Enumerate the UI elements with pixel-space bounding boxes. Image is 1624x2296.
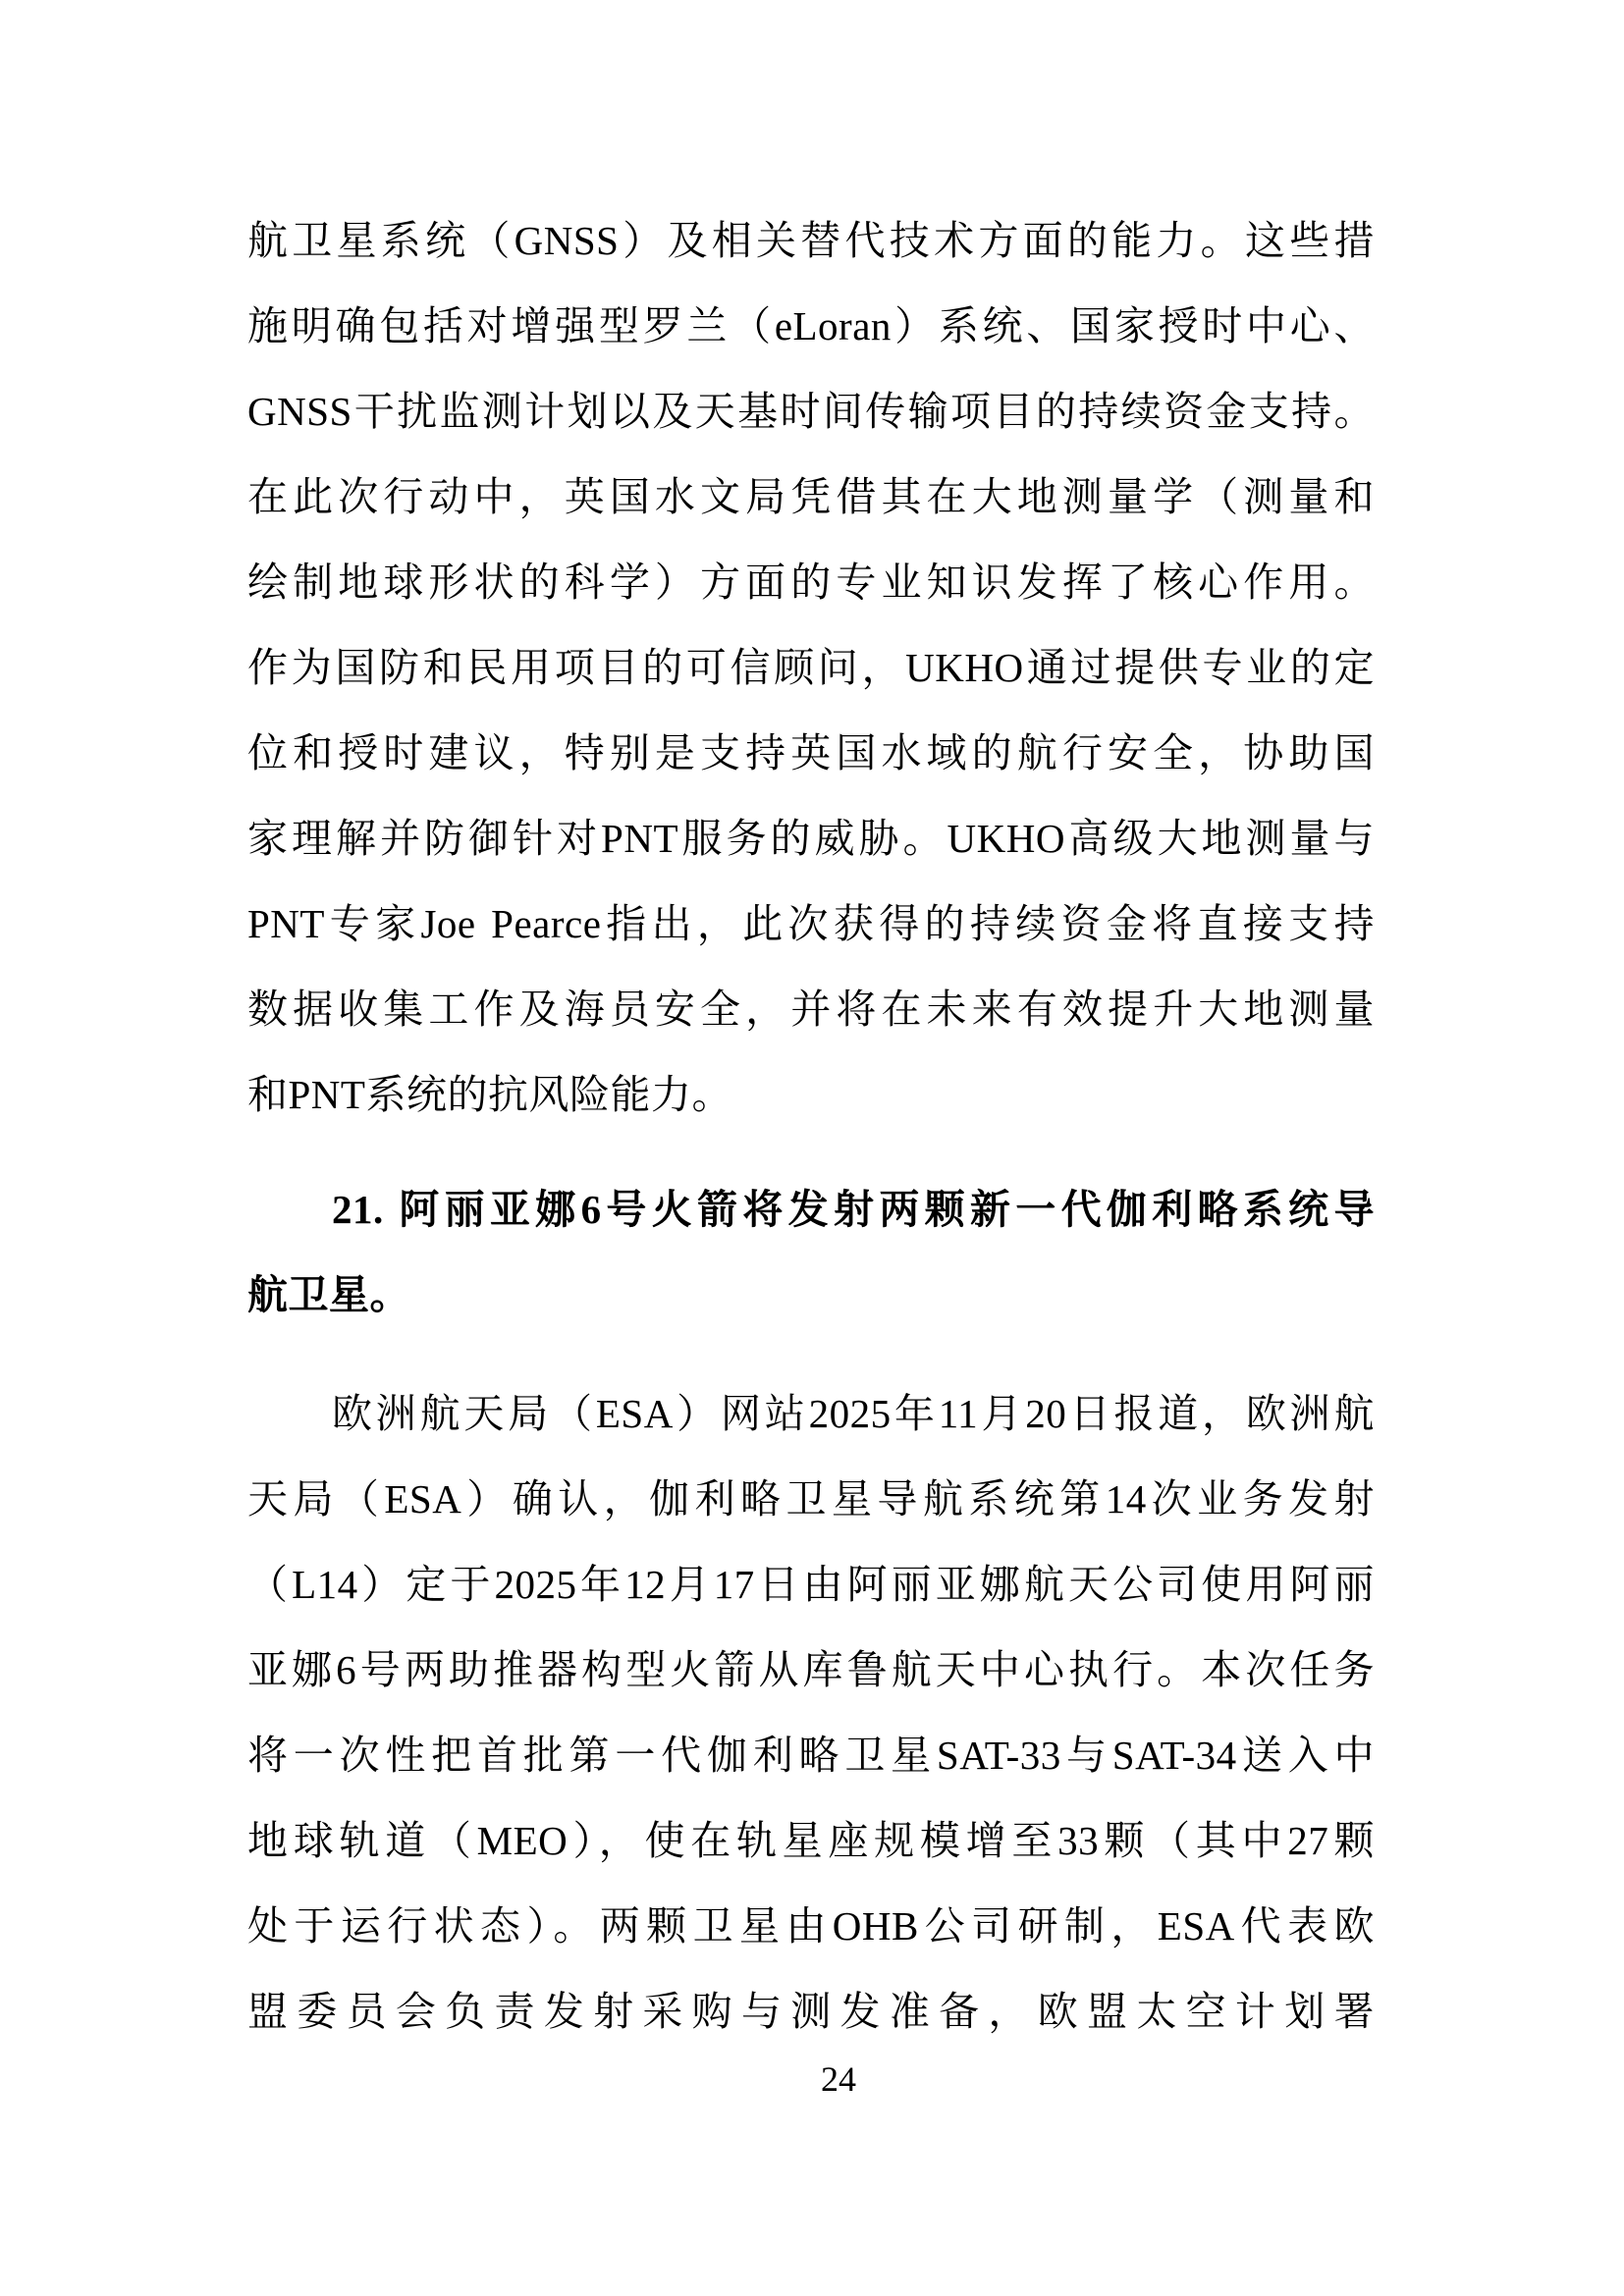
text-line: 天局（ESA）确认，伽利略卫星导航系统第14次业务发射 xyxy=(247,1457,1375,1542)
heading-line: 航卫星。 xyxy=(247,1253,1375,1338)
text-line: 家理解并防御针对PNT服务的威胁。UKHO高级大地测量与 xyxy=(247,796,1375,881)
text-line: 数据收集工作及海员安全，并将在未来有效提升大地测量 xyxy=(247,967,1375,1052)
text-line: 欧洲航天局（ESA）网站2025年11月20日报道，欧洲航 xyxy=(247,1371,1375,1457)
paragraph-heading: 21. 阿丽亚娜6号火箭将发射两颗新一代伽利略系统导航卫星。 xyxy=(247,1167,1375,1338)
text-line: 将一次性把首批第一代伽利略卫星SAT-33与SAT-34送入中 xyxy=(247,1713,1375,1798)
text-line: PNT专家Joe Pearce指出，此次获得的持续资金将直接支持 xyxy=(247,881,1375,967)
document-page: 航卫星系统（GNSS）及相关替代技术方面的能力。这些措施明确包括对增强型罗兰（e… xyxy=(0,0,1624,2296)
text-line: 地球轨道（MEO），使在轨星座规模增至33颗（其中27颗 xyxy=(247,1798,1375,1884)
text-line: 在此次行动中，英国水文局凭借其在大地测量学（测量和 xyxy=(247,454,1375,540)
text-line: （L14）定于2025年12月17日由阿丽亚娜航天公司使用阿丽 xyxy=(247,1542,1375,1628)
heading-line: 21. 阿丽亚娜6号火箭将发射两颗新一代伽利略系统导 xyxy=(247,1167,1375,1253)
text-line: 施明确包括对增强型罗兰（eLoran）系统、国家授时中心、 xyxy=(247,284,1375,369)
page-body: 航卫星系统（GNSS）及相关替代技术方面的能力。这些措施明确包括对增强型罗兰（e… xyxy=(247,198,1375,2055)
text-line: 盟委员会负责发射采购与测发准备，欧盟太空计划署 xyxy=(247,1969,1375,2055)
page-number: 24 xyxy=(0,2057,1624,2101)
text-line: 绘制地球形状的科学）方面的专业知识发挥了核心作用。 xyxy=(247,540,1375,625)
paragraph-body: 欧洲航天局（ESA）网站2025年11月20日报道，欧洲航天局（ESA）确认，伽… xyxy=(247,1371,1375,2055)
text-line: 亚娜6号两助推器构型火箭从库鲁航天中心执行。本次任务 xyxy=(247,1628,1375,1713)
text-line: 位和授时建议，特别是支持英国水域的航行安全，协助国 xyxy=(247,711,1375,796)
text-line: 航卫星系统（GNSS）及相关替代技术方面的能力。这些措 xyxy=(247,198,1375,284)
text-line: 作为国防和民用项目的可信顾问，UKHO通过提供专业的定 xyxy=(247,625,1375,711)
text-line: GNSS干扰监测计划以及天基时间传输项目的持续资金支持。 xyxy=(247,369,1375,454)
paragraph-body-continuation: 航卫星系统（GNSS）及相关替代技术方面的能力。这些措施明确包括对增强型罗兰（e… xyxy=(247,198,1375,1138)
text-line: 处于运行状态）。两颗卫星由OHB公司研制，ESA代表欧 xyxy=(247,1884,1375,1969)
text-line: 和PNT系统的抗风险能力。 xyxy=(247,1052,1375,1138)
